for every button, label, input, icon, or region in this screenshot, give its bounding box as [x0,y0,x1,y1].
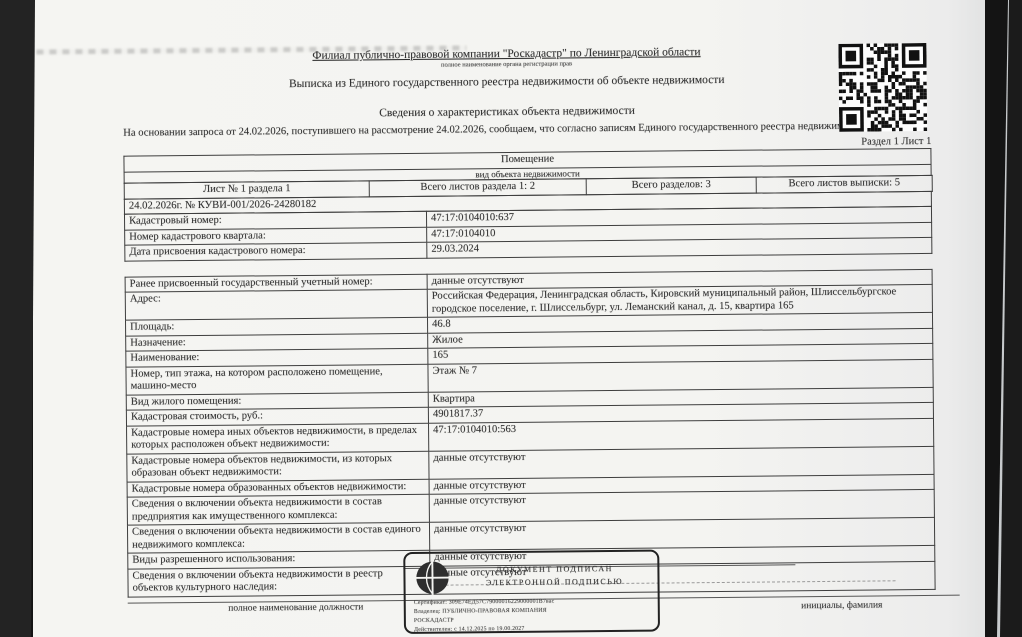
request-basis-line: На основании запроса от 24.02.2026, пост… [123,120,937,139]
cadastral-ids-table: Кадастровый номер: 47:17:0104010:637 Ном… [124,206,932,261]
electronic-signature-stamp: ДОКУМЕНТ ПОДПИСАН ЭЛЕКТРОННОЙ ПОДПИСЬЮ С… [403,550,660,634]
qr-code [838,43,927,132]
position-caption: полное наименование должности [162,602,430,615]
row-label: Номер, тип этажа, на котором расположено… [126,364,428,395]
row-label: Сведения о включении объекта недвижимост… [127,494,429,525]
row-label: Адрес: [125,289,427,320]
object-details-table: Ранее присвоенный государственный учетны… [125,269,936,598]
row-label: Кадастровые номера объектов недвижимости… [127,451,429,482]
row-label: Сведения о включении объекта недвижимост… [127,522,429,553]
roskadastr-logo-icon [413,559,451,597]
stamp-validity: Действителен: с 14.12.2025 по 19.00.2027 [414,624,650,635]
row-label: Кадастровые номера иных объектов недвижи… [127,423,429,454]
row-label: Сведения о включении объекта недвижимост… [128,566,430,597]
characteristics-table: Помещение вид объекта недвижимости Лист … [123,148,935,597]
document-page: Филиал публично-правовой компании "Роска… [30,0,988,637]
stamp-title-line2: ЭЛЕКТРОННОЙ ПОДПИСЬЮ [459,576,649,591]
initials-caption: инициалы, фамилия [724,600,960,612]
